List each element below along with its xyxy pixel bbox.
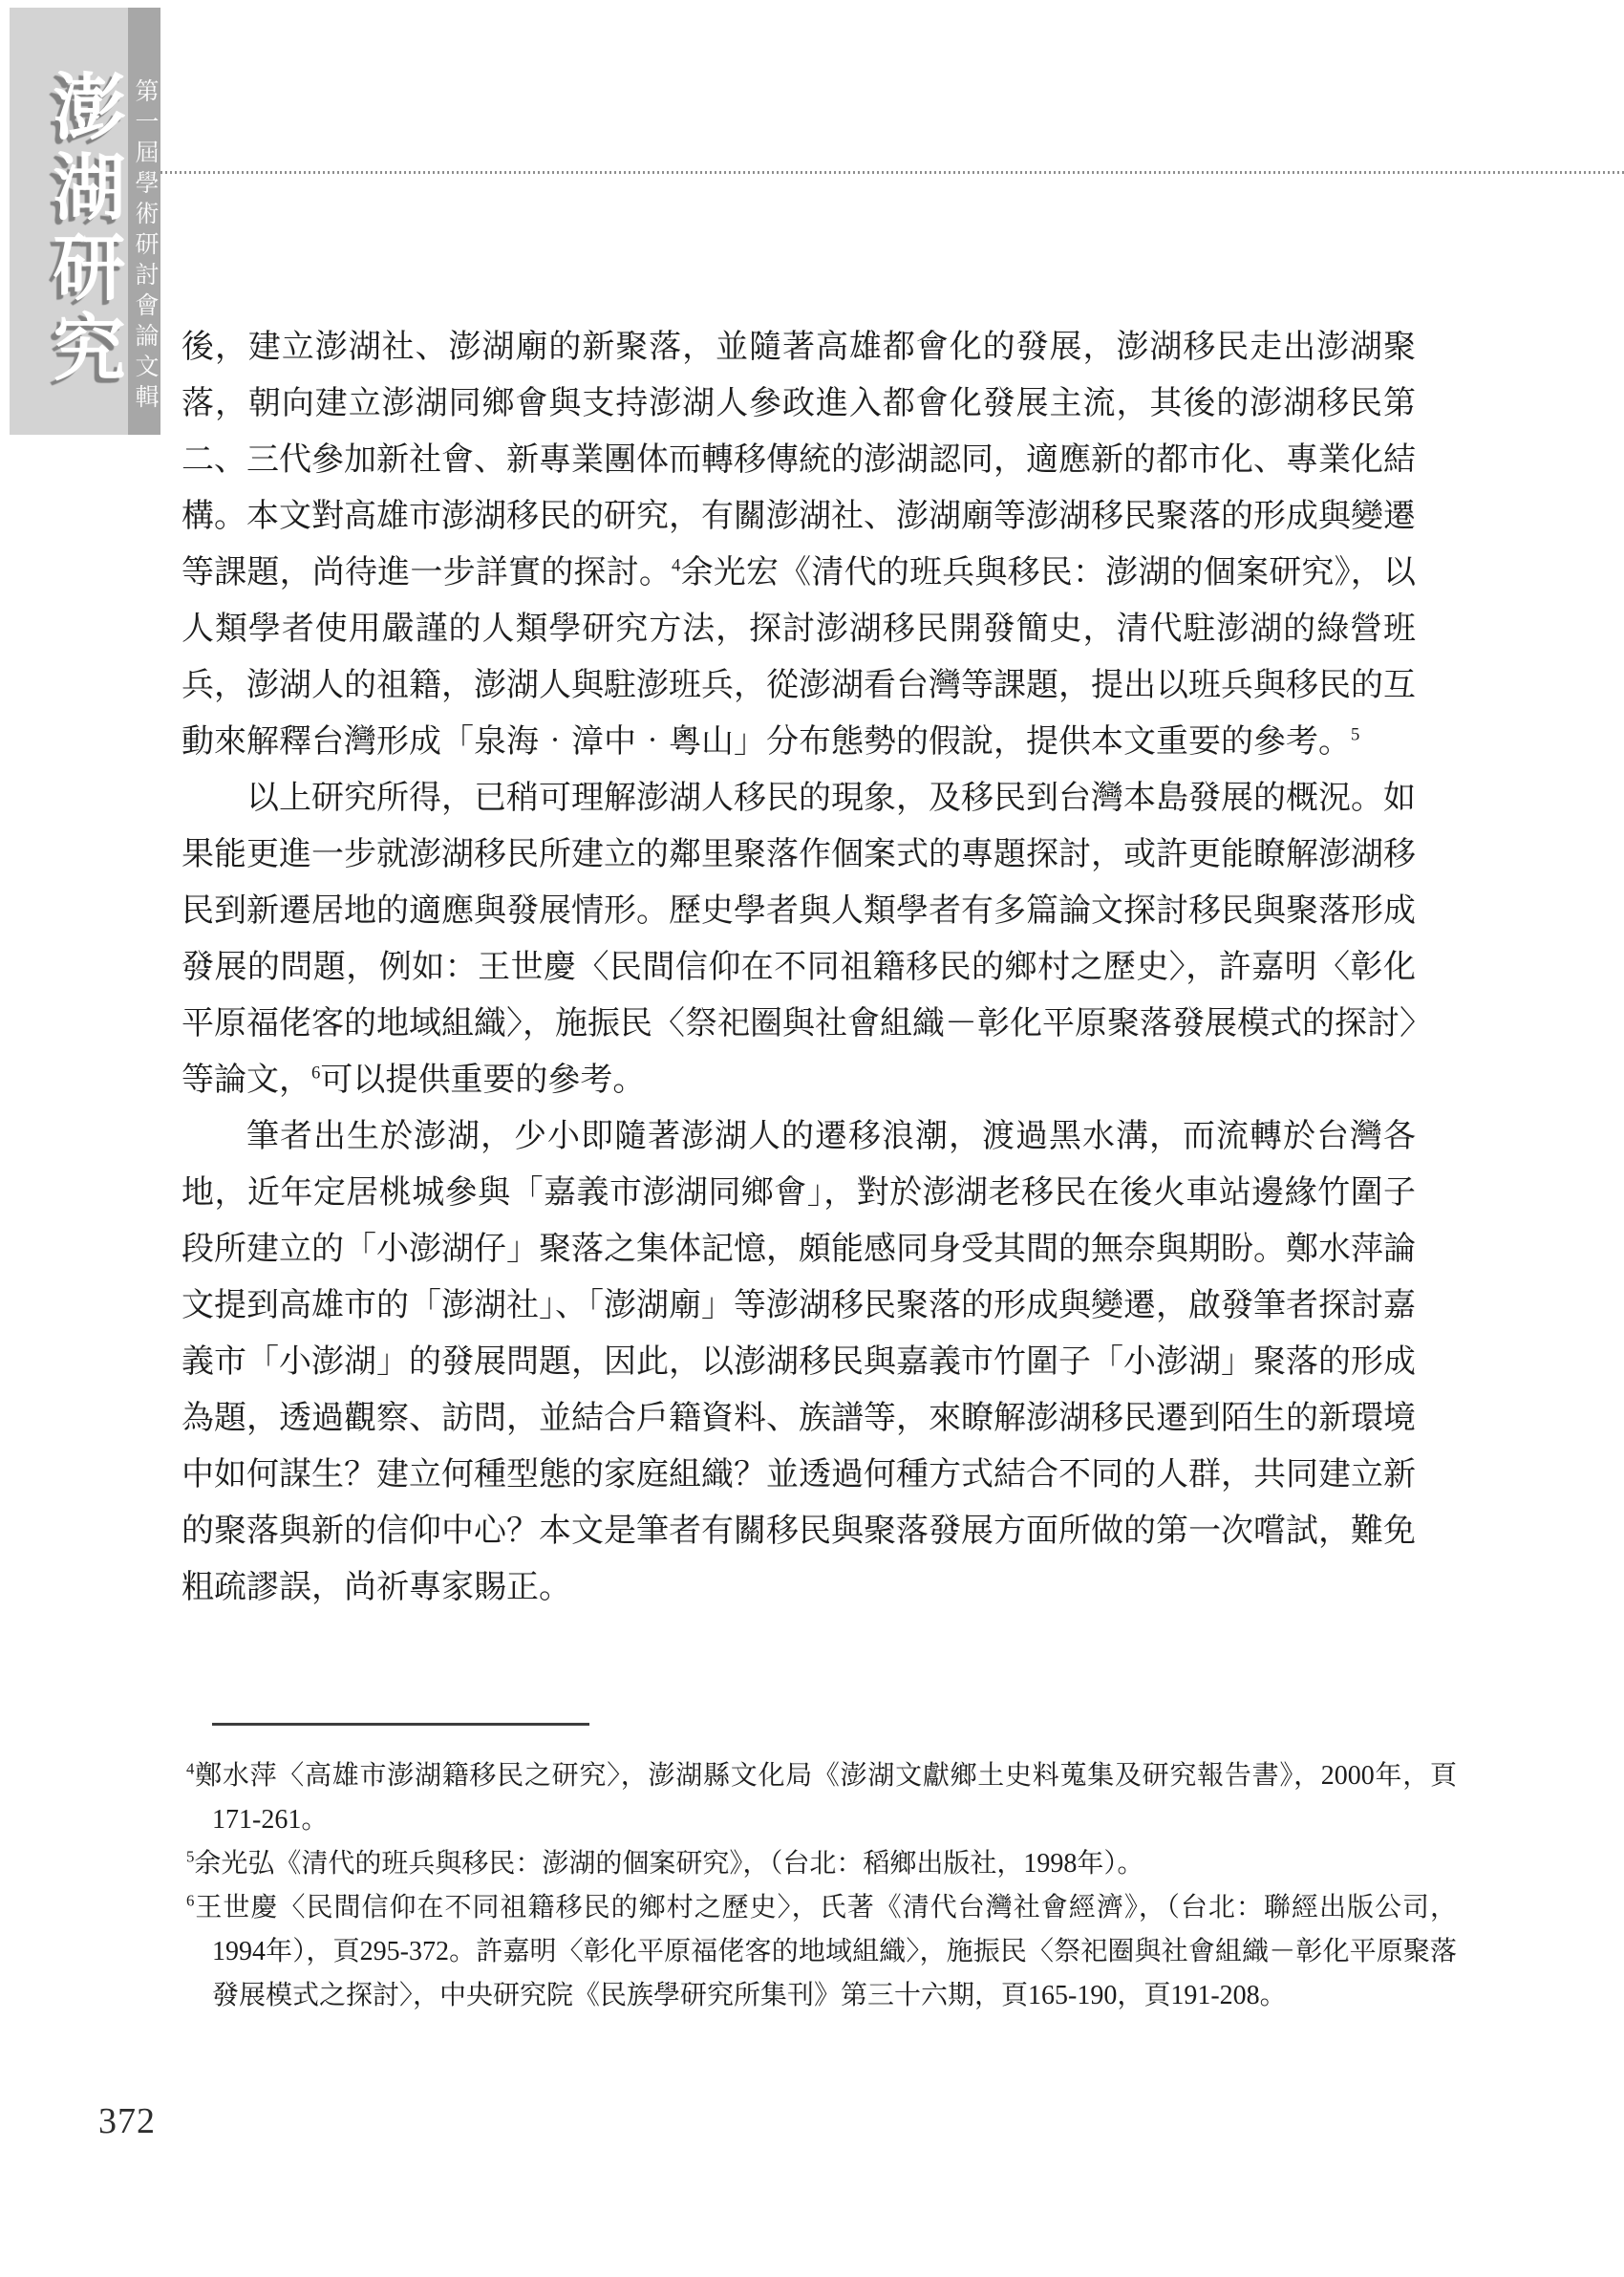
paragraph: 筆者出生於澎湖，少小即隨著澎湖人的遷移浪潮，渡過黑水溝，而流轉於台灣各地，近年定… bbox=[182, 1108, 1416, 1616]
footnotes-list: 4鄭水萍〈高雄市澎湖籍移民之研究〉，澎湖縣文化局《澎湖文獻鄉土史料蒐集及研究報告… bbox=[186, 1754, 1457, 2018]
page-number: 372 bbox=[98, 2100, 156, 2142]
paragraph: 以上研究所得，已稍可理解澎湖人移民的現象，及移民到台灣本島發展的概況。如果能更進… bbox=[182, 770, 1416, 1108]
paragraph: 後，建立澎湖社、澎湖廟的新聚落，並隨著高雄都會化的發展，澎湖移民走出澎湖聚落，朝… bbox=[182, 319, 1416, 770]
footnote-number: 4 bbox=[186, 1760, 194, 1778]
footnote-ref: 5 bbox=[1351, 725, 1359, 745]
footnote-item: 6王世慶〈民間信仰在不同祖籍移民的鄉村之歷史〉，氏著《清代台灣社會經濟》，（台北… bbox=[186, 1886, 1457, 2018]
footnote-item: 5余光弘《清代的班兵與移民：澎湖的個案研究》，（台北：稻鄉出版社，1998年）。 bbox=[186, 1842, 1457, 1886]
book-title-vertical: 澎湖研究 bbox=[46, 69, 118, 422]
footnote-number: 6 bbox=[186, 1892, 194, 1910]
footnote-ref: 4 bbox=[672, 556, 680, 576]
footnote-ref: 6 bbox=[311, 1063, 320, 1084]
footnote-separator-rule bbox=[212, 1723, 589, 1726]
body-text: 後，建立澎湖社、澎湖廟的新聚落，並隨著高雄都會化的發展，澎湖移民走出澎湖聚落，朝… bbox=[182, 319, 1416, 1616]
series-title-vertical: 第一屆學術研討會論文輯 bbox=[128, 67, 160, 426]
footnote-number: 5 bbox=[186, 1848, 194, 1866]
footnote-item: 4鄭水萍〈高雄市澎湖籍移民之研究〉，澎湖縣文化局《澎湖文獻鄉土史料蒐集及研究報告… bbox=[186, 1754, 1457, 1842]
header-dotted-rule bbox=[160, 171, 1624, 174]
scanned-page: 澎湖研究 第一屆學術研討會論文輯 後，建立澎湖社、澎湖廟的新聚落，並隨著高雄都會… bbox=[0, 0, 1624, 2277]
